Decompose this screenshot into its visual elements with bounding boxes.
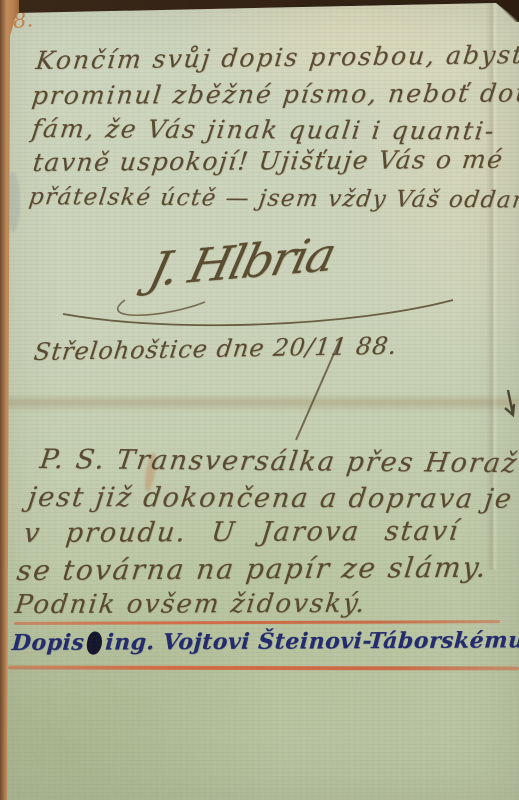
fold-crease xyxy=(0,394,519,412)
ink-blot xyxy=(85,631,104,656)
red-underline-upper xyxy=(14,620,500,625)
archival-annotation: Dopising. Vojtovi Šteinovi-Táborskému, xyxy=(11,627,519,656)
annotation-rest: ing. Vojtovi Šteinovi-Táborskému, xyxy=(105,627,519,655)
ps-line-1: P. S. Transversálka přes Horaž: xyxy=(38,444,519,479)
ps-line-4: se továrna na papír ze slámy. xyxy=(15,551,489,587)
ps-line-2: jest již dokončena a doprava je xyxy=(26,482,515,515)
photo-corner-shadow xyxy=(493,0,519,22)
annotation-word: Dopis xyxy=(11,630,85,656)
margin-tick-mark xyxy=(500,388,518,420)
date-slash-stroke xyxy=(280,336,352,446)
body-line-3: fám, že Vás jinak quali i quanti- xyxy=(30,114,497,145)
body-line-5: přátelské úctě — jsem vždy Váš oddaný xyxy=(27,184,519,214)
signature-flourish xyxy=(55,292,465,336)
body-line-2: prominul zběžné písmo, neboť dou- xyxy=(30,78,519,110)
signature: J. Hlbria xyxy=(143,228,339,298)
ps-line-3: v proudu. U Jarova staví xyxy=(22,516,461,549)
body-line-4: tavně uspokojí! Ujišťuje Vás o mé xyxy=(31,145,505,177)
body-line-1: Končím svůj dopis prosbou, abyste xyxy=(34,40,519,75)
red-underline-lower xyxy=(8,666,519,671)
ps-line-5: Podnik ovšem židovský. xyxy=(13,589,368,620)
letter-photo: 8. Končím svůj dopis prosbou, abyste pro… xyxy=(0,0,519,800)
letter-page: 8. Končím svůj dopis prosbou, abyste pro… xyxy=(0,0,519,800)
